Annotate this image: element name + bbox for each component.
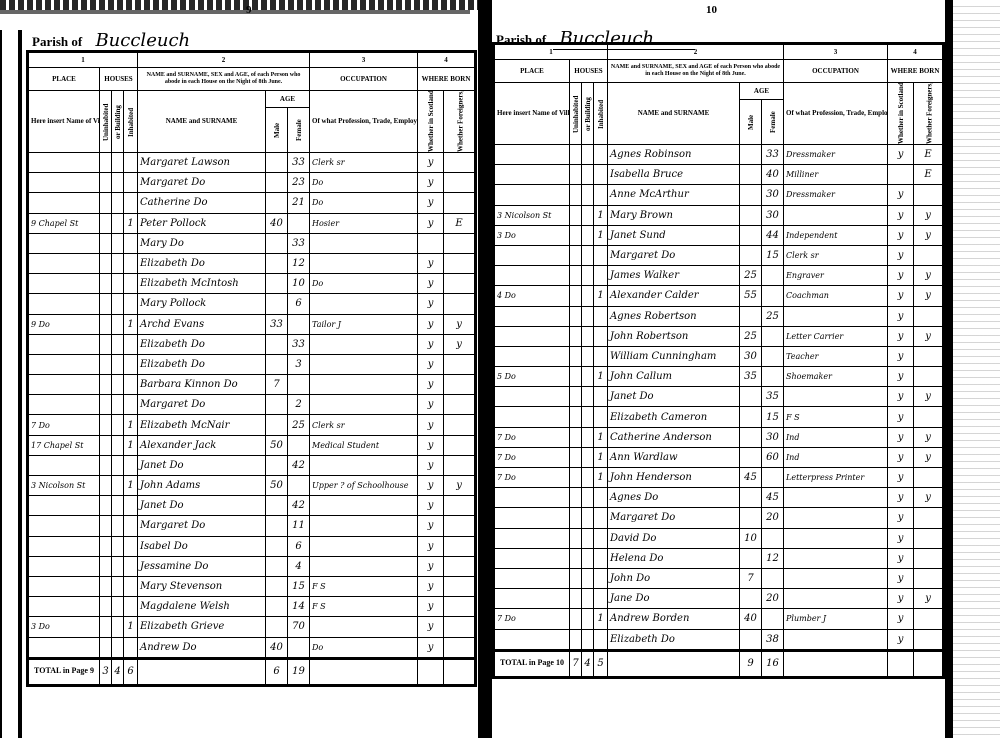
female-age-cell: 21: [288, 193, 310, 213]
inhabited-cell: 1: [594, 286, 608, 306]
name-cell: Alexander Jack: [138, 435, 266, 455]
male-age-cell: [266, 294, 288, 314]
building-cell: [112, 395, 124, 415]
inhabited-cell: [124, 334, 138, 354]
inhabited-cell: 1: [594, 205, 608, 225]
occupation-cell: Do: [310, 637, 418, 658]
table-row: 3 Do1Elizabeth Grieve70y: [28, 617, 476, 637]
born-cell: y: [418, 536, 444, 556]
uninhabited-cell: [570, 568, 582, 588]
table-row: Agnes Do45yy: [494, 488, 944, 508]
building-cell: [582, 468, 594, 488]
male-age-cell: [740, 427, 762, 447]
uninhabited-cell: [570, 488, 582, 508]
male-age-cell: [266, 334, 288, 354]
header-female: Female: [288, 108, 310, 153]
occupation-cell: [310, 233, 418, 253]
occupation-cell: Coachman: [784, 286, 888, 306]
male-age-cell: 50: [266, 435, 288, 455]
name-cell: Janet Do: [138, 455, 266, 475]
place-cell: [28, 637, 100, 658]
place-cell: 7 Do: [494, 468, 570, 488]
born-cell: [418, 233, 444, 253]
male-age-cell: 25: [740, 326, 762, 346]
born-foreign-cell: [914, 346, 944, 366]
occupation-cell: [784, 568, 888, 588]
uninhabited-cell: [100, 314, 112, 334]
inhabited-cell: [124, 516, 138, 536]
occupation-cell: [310, 253, 418, 273]
male-age-cell: [266, 516, 288, 536]
building-cell: [582, 488, 594, 508]
inhabited-cell: 1: [124, 415, 138, 435]
female-age-cell: 20: [762, 589, 784, 609]
born-foreign-cell: y: [914, 225, 944, 245]
place-cell: [494, 508, 570, 528]
header-where-born: WHERE BORN: [888, 60, 944, 83]
book-spine: [478, 0, 492, 738]
female-age-cell: 40: [762, 165, 784, 185]
male-age-cell: [266, 274, 288, 294]
born-foreign-cell: [444, 354, 476, 374]
born-foreign-cell: y: [914, 387, 944, 407]
building-cell: [582, 205, 594, 225]
table-row: Janet Do42y: [28, 496, 476, 516]
parish-heading: Parish of Buccleuch: [32, 30, 231, 52]
place-cell: 7 Do: [28, 415, 100, 435]
inhabited-cell: [124, 637, 138, 658]
occupation-cell: [310, 617, 418, 637]
born-cell: y: [418, 354, 444, 374]
uninhabited-cell: [100, 496, 112, 516]
place-cell: [494, 145, 570, 165]
born-cell: y: [418, 597, 444, 617]
name-cell: Agnes Do: [608, 488, 740, 508]
male-age-cell: [740, 205, 762, 225]
occupation-cell: Medical Student: [310, 435, 418, 455]
place-cell: 3 Nicolson St: [28, 476, 100, 496]
uninhabited-cell: [570, 346, 582, 366]
born-foreign-cell: [444, 597, 476, 617]
building-cell: [582, 286, 594, 306]
total-blank: [914, 650, 944, 677]
place-cell: 9 Do: [28, 314, 100, 334]
female-age-cell: [762, 367, 784, 387]
inhabited-cell: [124, 294, 138, 314]
place-cell: [494, 185, 570, 205]
born-foreign-cell: y: [914, 447, 944, 467]
total-inhabited: 5: [594, 650, 608, 677]
place-cell: [494, 245, 570, 265]
uninhabited-cell: [570, 165, 582, 185]
born-foreign-cell: E: [914, 145, 944, 165]
header-occupation: OCCUPATION: [784, 60, 888, 83]
uninhabited-cell: [570, 609, 582, 629]
born-foreign-cell: [444, 153, 476, 173]
born-foreign-cell: y: [914, 205, 944, 225]
occupation-cell: [784, 387, 888, 407]
born-cell: y: [418, 253, 444, 273]
scan-edge-top: [0, 0, 480, 10]
name-cell: Margaret Do: [608, 508, 740, 528]
born-foreign-cell: [444, 556, 476, 576]
inhabited-cell: [124, 455, 138, 475]
inhabited-cell: 1: [124, 476, 138, 496]
table-row: Mary Stevenson15F Sy: [28, 576, 476, 596]
building-cell: [112, 576, 124, 596]
inhabited-cell: [594, 145, 608, 165]
occupation-cell: [784, 488, 888, 508]
table-row: Janet Do35yy: [494, 387, 944, 407]
table-row: Magdalene Welsh14F Sy: [28, 597, 476, 617]
table-row: Catherine Do21Doy: [28, 193, 476, 213]
building-cell: [112, 314, 124, 334]
female-age-cell: [288, 476, 310, 496]
occupation-cell: Hosier: [310, 213, 418, 233]
table-row: 7 Do1Andrew Borden40Plumber Jy: [494, 609, 944, 629]
female-age-cell: 33: [288, 233, 310, 253]
born-cell: y: [888, 468, 914, 488]
born-foreign-cell: [444, 496, 476, 516]
building-cell: [112, 516, 124, 536]
uninhabited-cell: [100, 173, 112, 193]
occupation-cell: [784, 589, 888, 609]
header-place: PLACE: [28, 68, 100, 91]
header-inhabited: Inhabited: [124, 91, 138, 153]
inhabited-cell: [124, 193, 138, 213]
occupation-cell: Dressmaker: [784, 145, 888, 165]
total-male: 9: [740, 650, 762, 677]
female-age-cell: [762, 346, 784, 366]
male-age-cell: [740, 407, 762, 427]
male-age-cell: 30: [740, 346, 762, 366]
place-cell: [28, 274, 100, 294]
born-foreign-cell: E: [444, 213, 476, 233]
male-age-cell: 7: [266, 375, 288, 395]
uninhabited-cell: [100, 274, 112, 294]
building-cell: [112, 233, 124, 253]
total-label: TOTAL in Page 10: [494, 650, 570, 677]
born-cell: y: [888, 245, 914, 265]
place-cell: [28, 354, 100, 374]
uninhabited-cell: [100, 476, 112, 496]
uninhabited-cell: [100, 556, 112, 576]
table-row: William Cunningham30Teachery: [494, 346, 944, 366]
born-cell: y: [418, 193, 444, 213]
uninhabited-cell: [570, 286, 582, 306]
column-number: 4: [418, 52, 476, 68]
name-cell: Elizabeth Cameron: [608, 407, 740, 427]
occupation-cell: Plumber J: [784, 609, 888, 629]
born-foreign-cell: [914, 185, 944, 205]
born-foreign-cell: [444, 173, 476, 193]
female-age-cell: 6: [288, 294, 310, 314]
header-building: or Building: [582, 83, 594, 145]
occupation-cell: [784, 548, 888, 568]
born-cell: y: [418, 314, 444, 334]
table-row: 3 Do1Janet Sund44Independentyy: [494, 225, 944, 245]
table-row: 9 Do1Archd Evans33Tailor Jyy: [28, 314, 476, 334]
female-age-cell: [288, 637, 310, 658]
born-foreign-cell: [444, 617, 476, 637]
uninhabited-cell: [570, 185, 582, 205]
inhabited-cell: [594, 589, 608, 609]
female-age-cell: 15: [288, 576, 310, 596]
male-age-cell: [266, 556, 288, 576]
building-cell: [582, 447, 594, 467]
building-cell: [582, 266, 594, 286]
female-age-cell: 70: [288, 617, 310, 637]
inhabited-cell: [594, 387, 608, 407]
table-row: Jane Do20yy: [494, 589, 944, 609]
born-cell: y: [418, 496, 444, 516]
header-name-main: NAME and SURNAME, SEX and AGE, of each P…: [138, 68, 310, 91]
total-blank: [444, 658, 476, 685]
table-row: Agnes Robertson25y: [494, 306, 944, 326]
uninhabited-cell: [100, 253, 112, 273]
occupation-cell: Dressmaker: [784, 185, 888, 205]
occupation-cell: Letter Carrier: [784, 326, 888, 346]
place-cell: 7 Do: [494, 427, 570, 447]
born-cell: y: [888, 548, 914, 568]
building-cell: [582, 165, 594, 185]
scan-edge-top-line: [0, 10, 470, 14]
occupation-cell: Ind: [784, 447, 888, 467]
place-cell: [28, 516, 100, 536]
building-cell: [112, 354, 124, 374]
name-cell: Jessamine Do: [138, 556, 266, 576]
inhabited-cell: 1: [124, 617, 138, 637]
male-age-cell: 40: [266, 213, 288, 233]
name-cell: Catherine Anderson: [608, 427, 740, 447]
female-age-cell: 30: [762, 427, 784, 447]
female-age-cell: [288, 314, 310, 334]
place-cell: [28, 556, 100, 576]
born-foreign-cell: [914, 568, 944, 588]
header-occupation: OCCUPATION: [310, 68, 418, 91]
born-cell: y: [888, 346, 914, 366]
female-age-cell: [762, 568, 784, 588]
table-row: Isabel Do6y: [28, 536, 476, 556]
name-cell: Elizabeth Do: [138, 354, 266, 374]
table-row: Margaret Do11y: [28, 516, 476, 536]
born-cell: y: [888, 488, 914, 508]
total-row: TOTAL in Page 10745916: [494, 650, 944, 677]
occupation-cell: Tailor J: [310, 314, 418, 334]
uninhabited-cell: [100, 576, 112, 596]
column-number: 1: [28, 52, 138, 68]
place-cell: [494, 387, 570, 407]
born-foreign-cell: [444, 576, 476, 596]
place-cell: 3 Nicolson St: [494, 205, 570, 225]
female-age-cell: 42: [288, 455, 310, 475]
born-cell: y: [888, 185, 914, 205]
name-cell: Margaret Do: [138, 173, 266, 193]
total-blank: [888, 650, 914, 677]
table-row: 7 Do1Ann Wardlaw60Indyy: [494, 447, 944, 467]
occupation-cell: Clerk sr: [784, 245, 888, 265]
column-number: 1: [494, 44, 608, 60]
male-age-cell: [266, 576, 288, 596]
name-cell: William Cunningham: [608, 346, 740, 366]
place-cell: [28, 193, 100, 213]
uninhabited-cell: [100, 617, 112, 637]
place-cell: 17 Chapel St: [28, 435, 100, 455]
table-row: 7 Do1John Henderson45Letterpress Printer…: [494, 468, 944, 488]
building-cell: [582, 629, 594, 650]
place-cell: [28, 173, 100, 193]
uninhabited-cell: [570, 205, 582, 225]
building-cell: [582, 387, 594, 407]
male-age-cell: 35: [740, 367, 762, 387]
column-number: 3: [784, 44, 888, 60]
name-cell: John Robertson: [608, 326, 740, 346]
uninhabited-cell: [100, 294, 112, 314]
building-cell: [582, 245, 594, 265]
table-row: Elizabeth McIntosh10Doy: [28, 274, 476, 294]
place-cell: [494, 568, 570, 588]
building-cell: [582, 407, 594, 427]
total-row: TOTAL in Page 9346619: [28, 658, 476, 685]
male-age-cell: [740, 488, 762, 508]
name-cell: Peter Pollock: [138, 213, 266, 233]
name-cell: David Do: [608, 528, 740, 548]
born-cell: y: [418, 375, 444, 395]
uninhabited-cell: [100, 637, 112, 658]
name-cell: Agnes Robinson: [608, 145, 740, 165]
occupation-cell: Upper ? of Schoolhouse: [310, 476, 418, 496]
table-row: Margaret Lawson33Clerk sry: [28, 153, 476, 173]
born-foreign-cell: y: [914, 589, 944, 609]
born-cell: y: [418, 415, 444, 435]
occupation-cell: Engraver: [784, 266, 888, 286]
place-cell: [28, 233, 100, 253]
born-foreign-cell: y: [914, 326, 944, 346]
inhabited-cell: [594, 568, 608, 588]
census-table: 1 2 3 4 PLACE HOUSES NAME and SURNAME, S…: [492, 42, 945, 679]
header-where-born: WHERE BORN: [418, 68, 476, 91]
header-name-main: NAME and SURNAME, SEX and AGE of each Pe…: [608, 60, 784, 83]
page-number: 9: [246, 4, 252, 16]
building-cell: [112, 455, 124, 475]
table-row: 5 Do1John Callum35Shoemakery: [494, 367, 944, 387]
male-age-cell: [266, 617, 288, 637]
header-occupation-sub: Of what Profession, Trade, Employment, o…: [310, 91, 418, 153]
building-cell: [112, 213, 124, 233]
female-age-cell: 12: [762, 548, 784, 568]
female-age-cell: 44: [762, 225, 784, 245]
name-cell: Mary Do: [138, 233, 266, 253]
name-cell: Margaret Lawson: [138, 153, 266, 173]
name-cell: Janet Do: [138, 496, 266, 516]
building-cell: [582, 568, 594, 588]
inhabited-cell: [124, 395, 138, 415]
male-age-cell: 25: [740, 266, 762, 286]
place-cell: [28, 597, 100, 617]
inhabited-cell: [124, 354, 138, 374]
table-row: Helena Do12y: [494, 548, 944, 568]
uninhabited-cell: [100, 597, 112, 617]
uninhabited-cell: [570, 266, 582, 286]
born-cell: [888, 165, 914, 185]
header-name-sub: NAME and SURNAME: [138, 91, 266, 153]
total-blank: [310, 658, 418, 685]
born-foreign-cell: [444, 233, 476, 253]
female-age-cell: 14: [288, 597, 310, 617]
place-cell: 4 Do: [494, 286, 570, 306]
table-row: 7 Do1Elizabeth McNair25Clerk sry: [28, 415, 476, 435]
occupation-cell: [310, 375, 418, 395]
male-age-cell: [266, 233, 288, 253]
born-foreign-cell: y: [914, 427, 944, 447]
column-number: 2: [138, 52, 310, 68]
table-row: Jessamine Do4y: [28, 556, 476, 576]
born-cell: y: [418, 455, 444, 475]
place-cell: [28, 153, 100, 173]
uninhabited-cell: [570, 387, 582, 407]
name-cell: John Do: [608, 568, 740, 588]
table-row: Anne McArthur30Dressmakery: [494, 185, 944, 205]
place-cell: 3 Do: [28, 617, 100, 637]
building-cell: [112, 193, 124, 213]
building-cell: [582, 145, 594, 165]
inhabited-cell: [594, 488, 608, 508]
name-cell: Janet Sund: [608, 225, 740, 245]
occupation-cell: [310, 455, 418, 475]
name-cell: Mary Pollock: [138, 294, 266, 314]
occupation-cell: Do: [310, 193, 418, 213]
occupation-cell: Milliner: [784, 165, 888, 185]
place-cell: 7 Do: [494, 447, 570, 467]
male-age-cell: [266, 415, 288, 435]
born-foreign-cell: y: [914, 266, 944, 286]
name-cell: Mary Stevenson: [138, 576, 266, 596]
female-age-cell: 30: [762, 185, 784, 205]
female-age-cell: 15: [762, 407, 784, 427]
born-foreign-cell: [444, 536, 476, 556]
place-cell: [494, 326, 570, 346]
born-cell: y: [888, 407, 914, 427]
born-foreign-cell: [444, 253, 476, 273]
born-cell: y: [888, 306, 914, 326]
born-cell: y: [418, 435, 444, 455]
total-inhabited: 6: [124, 658, 138, 685]
table-row: Margaret Do2y: [28, 395, 476, 415]
uninhabited-cell: [570, 407, 582, 427]
born-cell: y: [888, 447, 914, 467]
name-cell: Elizabeth McIntosh: [138, 274, 266, 294]
place-cell: [28, 375, 100, 395]
building-cell: [112, 294, 124, 314]
inhabited-cell: [594, 245, 608, 265]
uninhabited-cell: [100, 536, 112, 556]
place-cell: [494, 548, 570, 568]
header-houses: HOUSES: [100, 68, 138, 91]
uninhabited-cell: [100, 375, 112, 395]
header-age: AGE: [266, 91, 310, 108]
born-cell: y: [888, 326, 914, 346]
building-cell: [582, 306, 594, 326]
table-row: Barbara Kinnon Do7y: [28, 375, 476, 395]
table-row: 9 Chapel St1Peter Pollock40HosieryE: [28, 213, 476, 233]
female-age-cell: 30: [762, 205, 784, 225]
male-age-cell: [740, 165, 762, 185]
inhabited-cell: [124, 536, 138, 556]
building-cell: [112, 617, 124, 637]
table-row: Margaret Do15Clerk sry: [494, 245, 944, 265]
table-row: 4 Do1Alexander Calder55Coachmanyy: [494, 286, 944, 306]
place-cell: 5 Do: [494, 367, 570, 387]
